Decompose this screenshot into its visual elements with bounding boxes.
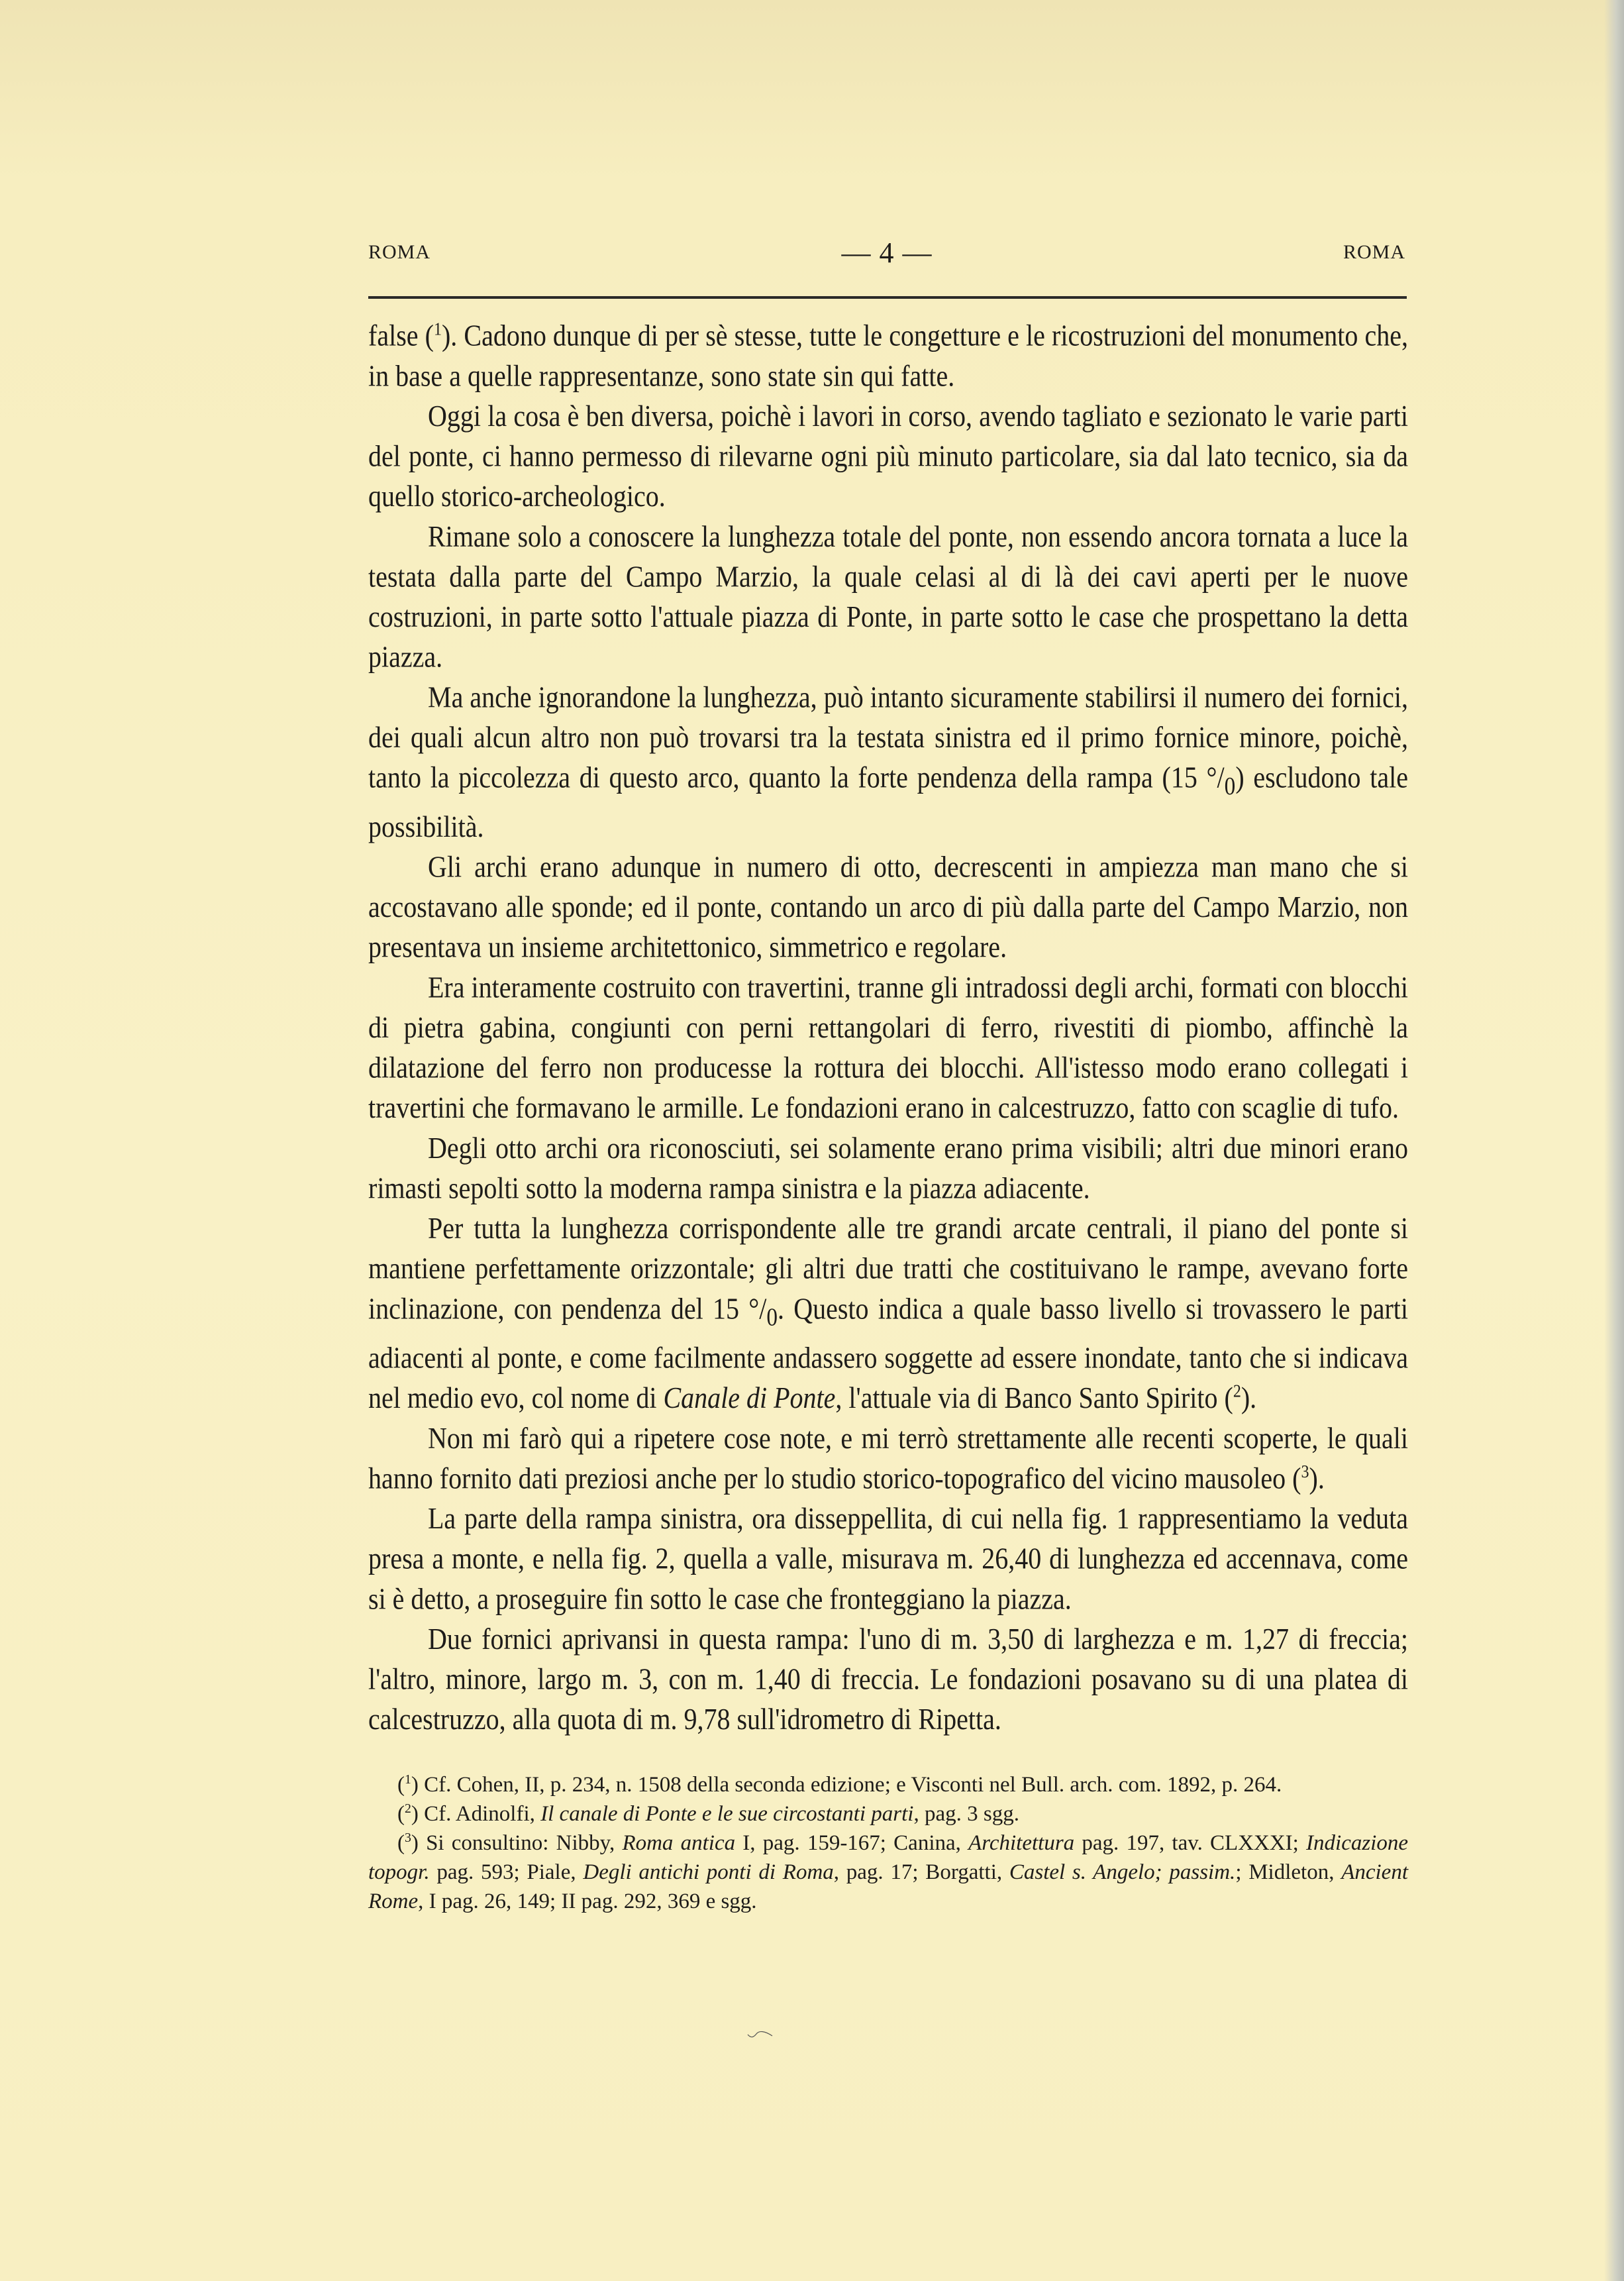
page-edge-shadow (1604, 0, 1624, 2281)
text-run: I, pag. 159-167; Canina, (735, 1831, 968, 1855)
footnote: (2) Cf. Adinolfi, Il canale di Ponte e l… (368, 1799, 1408, 1829)
italic-title: Il canale di Ponte e le sue circostanti … (540, 1802, 913, 1826)
text-run: ) Si consultino: Nibby, (411, 1831, 623, 1855)
text-run: , pag. 17; Borgatti, (834, 1860, 1009, 1884)
footnote-ref: 2 (1233, 1382, 1241, 1402)
text-run: ( (397, 1802, 405, 1826)
permille-subscript: 0 (766, 1303, 778, 1331)
text-run: Era interamente costruito con travertini… (368, 970, 1408, 1124)
paragraph: Degli otto archi ora riconosciuti, sei s… (368, 1128, 1408, 1208)
italic-title: Degli antichi ponti di Roma (583, 1860, 833, 1884)
footnote-ref: 3 (1301, 1462, 1309, 1482)
italic-title: Castel s. Angelo; passim. (1009, 1860, 1235, 1884)
paragraph: Non mi farò qui a ripetere cose note, e … (368, 1418, 1408, 1498)
text-run: , pag. 3 sgg. (913, 1802, 1019, 1826)
footnotes: (1) Cf. Cohen, II, p. 234, n. 1508 della… (368, 1770, 1408, 1916)
paragraph: Oggi la cosa è ben diversa, poichè i lav… (368, 396, 1408, 516)
text-run: ; Midleton, (1235, 1860, 1341, 1884)
italic-title: Canale di Ponte (663, 1381, 835, 1414)
text-run: , l'attuale via di Banco Santo Spirito ( (835, 1381, 1233, 1414)
text-run: La parte della rampa sinistra, ora disse… (368, 1501, 1408, 1616)
text-run: Degli otto archi ora riconosciuti, sei s… (368, 1131, 1408, 1205)
paragraph: Due fornici aprivansi in questa rampa: l… (368, 1618, 1408, 1739)
text-run: ). (1241, 1381, 1256, 1414)
page-number: — 4 — (368, 236, 1405, 270)
paragraph: Ma anche ignorandone la lunghezza, può i… (368, 677, 1408, 847)
header-rule (368, 296, 1407, 299)
text-run: pag. 593; Piale, (430, 1860, 584, 1884)
text-run: ) Cf. Adinolfi, (411, 1802, 540, 1826)
paragraph: Era interamente costruito con travertini… (368, 967, 1408, 1128)
footnote-ref: 1 (434, 319, 442, 339)
paragraph: Gli archi erano adunque in numero di ott… (368, 847, 1408, 967)
italic-title: Architettura (968, 1831, 1074, 1855)
text-run: ). Cadono dunque di per sè stesse, tutte… (368, 319, 1408, 393)
text-run: ( (397, 1773, 405, 1797)
text-run: pag. 197, tav. CLXXXI; (1074, 1831, 1306, 1855)
footnote-ref: 1 (405, 1772, 411, 1787)
text-run: Non mi farò qui a ripetere cose note, e … (368, 1421, 1408, 1495)
text-run: ). (1309, 1461, 1325, 1495)
footnote-ref: 2 (405, 1801, 411, 1816)
paragraph: Per tutta la lunghezza corrispondente al… (368, 1208, 1408, 1418)
text-run: Gli archi erano adunque in numero di ott… (368, 849, 1408, 964)
paragraph: Rimane solo a conoscere la lunghezza tot… (368, 516, 1408, 676)
text-run: false ( (368, 319, 434, 352)
text-run: ( (397, 1831, 405, 1855)
italic-title: Roma antica (622, 1831, 735, 1855)
text-run: , I pag. 26, 149; II pag. 292, 369 e sgg… (418, 1889, 756, 1913)
running-header: ROMA — 4 — ROMA (368, 241, 1405, 274)
body-text: false (1). Cadono dunque di per sè stess… (368, 315, 1408, 1739)
ink-mark-icon (747, 2031, 774, 2040)
text-run: Due fornici aprivansi in questa rampa: l… (368, 1622, 1408, 1736)
running-title-right: ROMA (1343, 241, 1405, 264)
footnote-ref: 3 (405, 1830, 411, 1845)
permille-subscript: 0 (1225, 772, 1236, 800)
text-run: Rimane solo a conoscere la lunghezza tot… (368, 519, 1408, 674)
text-run: ) Cf. Cohen, II, p. 234, n. 1508 della s… (411, 1773, 1282, 1797)
paragraph: false (1). Cadono dunque di per sè stess… (368, 315, 1408, 396)
paragraph: La parte della rampa sinistra, ora disse… (368, 1498, 1408, 1618)
footnote: (3) Si consultino: Nibby, Roma antica I,… (368, 1829, 1408, 1916)
text-run: Oggi la cosa è ben diversa, poichè i lav… (368, 399, 1408, 513)
footnote: (1) Cf. Cohen, II, p. 234, n. 1508 della… (368, 1770, 1408, 1799)
